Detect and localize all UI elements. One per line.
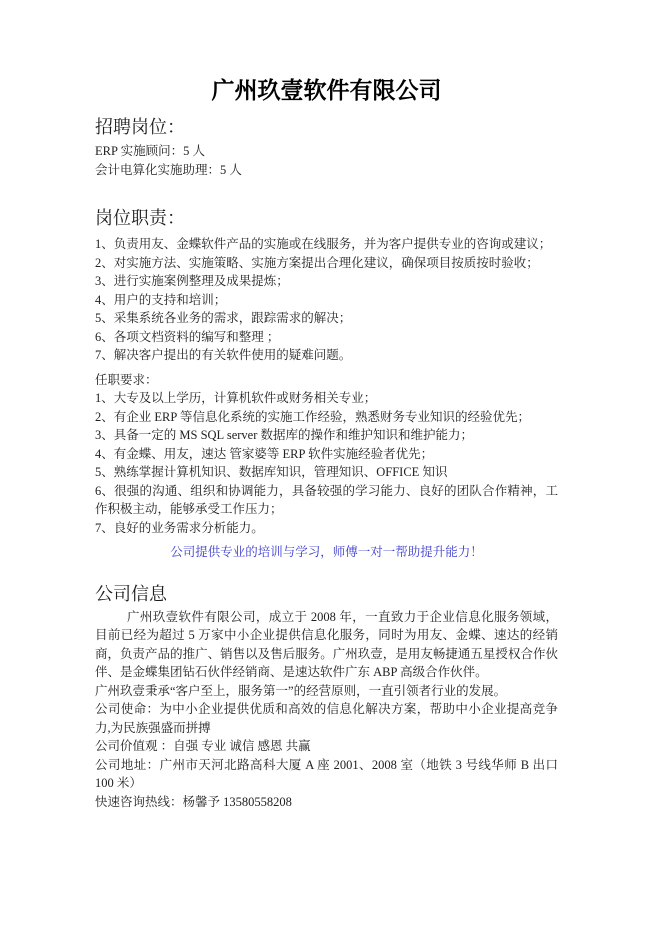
position-line: ERP 实施顾问：5 人 — [95, 142, 558, 161]
position-line: 会计电算化实施助理：5 人 — [95, 161, 558, 180]
document-page: 广州玖壹软件有限公司 招聘岗位： ERP 实施顾问：5 人 会计电算化实施助理：… — [0, 0, 654, 928]
requirement-item: 1、大专及以上学历，计算机软件或财务相关专业； — [95, 389, 558, 408]
requirement-item: 4、有金蝶、用友，速达 管家婆等 ERP 软件实施经验者优先； — [95, 445, 558, 464]
company-mission-line: 公司使命：为中小企业提供优质和高效的信息化解决方案，帮助中小企业提高竞争力,为民… — [95, 700, 558, 737]
requirement-item: 5、熟练掌握计算机知识、数据库知识，管理知识、OFFICE 知识 — [95, 463, 558, 482]
duty-item: 2、对实施方法、实施策略、实施方案提出合理化建议，确保项目按质按时验收； — [95, 254, 558, 273]
company-values-line: 公司价值观 ：自强 专业 诚信 感恩 共赢 — [95, 737, 558, 756]
duty-item: 5、采集系统各业务的需求，跟踪需求的解决； — [95, 309, 558, 328]
requirements-list: 任职要求： 1、大专及以上学历，计算机软件或财务相关专业； 2、有企业 ERP … — [95, 371, 558, 538]
requirement-item: 2、有企业 ERP 等信息化系统的实施工作经验，熟悉财务专业知识的经验优先； — [95, 408, 558, 427]
document-title: 广州玖壹软件有限公司 — [95, 76, 558, 106]
duty-item: 3、进行实施案例整理及成果提炼； — [95, 272, 558, 291]
requirement-item: 6、很强的沟通、组织和协调能力，具备较强的学习能力、良好的团队合作精神，工作积极… — [95, 482, 558, 519]
duty-item: 4、用户的支持和培训； — [95, 291, 558, 310]
training-promo-line: 公司提供专业的培训与学习，师傅一对一帮助提升能力！ — [95, 543, 558, 562]
duty-item: 1、负责用友、金蝶软件产品的实施或在线服务，并为客户提供专业的咨询或建议； — [95, 235, 558, 254]
recruit-section-heading: 招聘岗位： — [95, 114, 558, 140]
requirements-heading: 任职要求： — [95, 371, 558, 390]
company-address-line: 公司地址：广州市天河北路高科大厦 A 座 2001、2008 室（地铁 3 号线… — [95, 756, 558, 793]
positions-block: ERP 实施顾问：5 人 会计电算化实施助理：5 人 — [95, 142, 558, 179]
duties-section-heading: 岗位职责： — [95, 205, 558, 231]
company-principle-line: 广州玖壹秉承“客户至上，服务第一”的经营原则，一直引领者行业的发展。 — [95, 682, 558, 701]
company-info-heading: 公司信息 — [95, 580, 558, 608]
requirement-item: 3、具备一定的 MS SQL server 数据库的操作和维护知识和维护能力； — [95, 426, 558, 445]
requirement-item: 7、良好的业务需求分析能力。 — [95, 519, 558, 538]
hotline-line: 快速咨询热线：杨馨予 13580558208 — [95, 793, 558, 812]
company-intro-paragraph: 广州玖壹软件有限公司，成立于 2008 年，一直致力于企业信息化服务领域，目前已… — [95, 608, 558, 682]
duties-list: 1、负责用友、金蝶软件产品的实施或在线服务，并为客户提供专业的咨询或建议； 2、… — [95, 235, 558, 365]
duty-item: 7、解决客户提出的有关软件使用的疑难问题。 — [95, 346, 558, 365]
duty-item: 6、各项文档资料的编写和整理 ； — [95, 328, 558, 347]
